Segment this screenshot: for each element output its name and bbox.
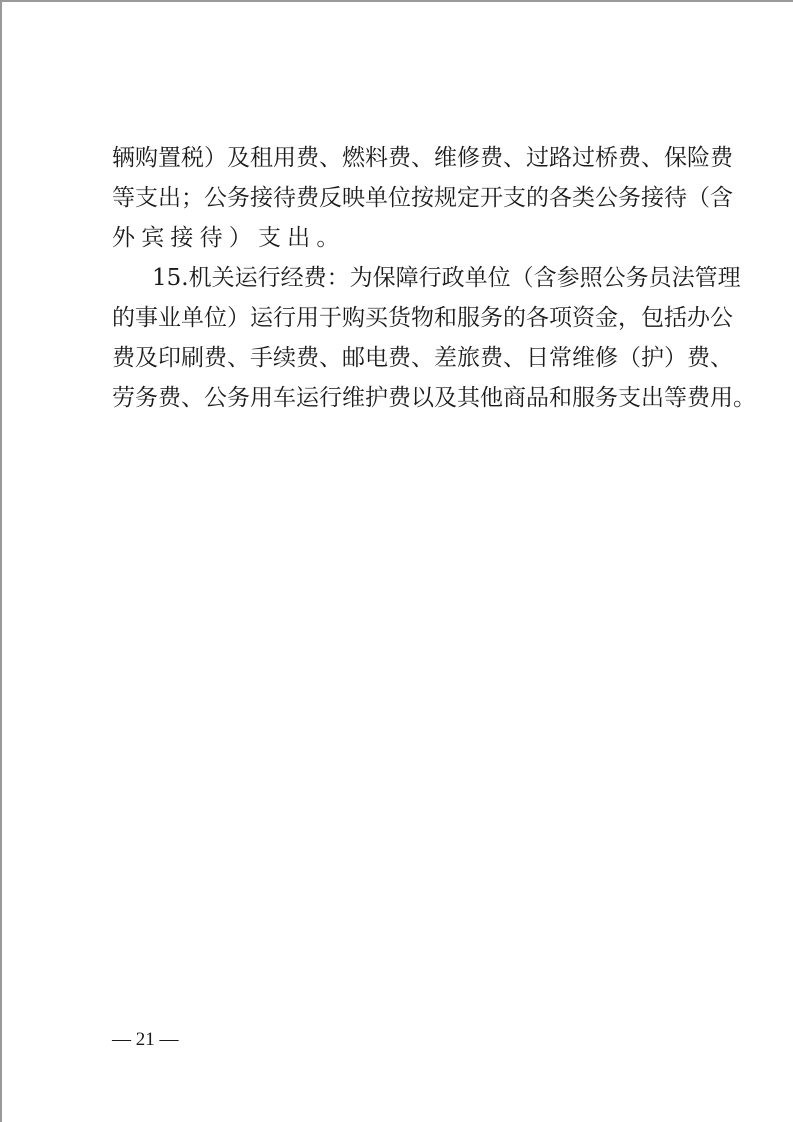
glyph: 行 bbox=[319, 378, 342, 418]
paragraph-heading-line: 15.机关运行经费：为保障行政单位（含参照公务员法管理 bbox=[112, 258, 695, 298]
document-body: 辆购置税）及租用费、燃料费、维修费、过路过桥费、保险费 等支出；公务接待费反映单… bbox=[112, 138, 695, 418]
glyph: 保 bbox=[664, 138, 687, 178]
glyph: 行 bbox=[273, 298, 296, 338]
glyph: 及 bbox=[135, 338, 158, 378]
glyph: 支 bbox=[503, 178, 526, 218]
glyph: 税 bbox=[181, 138, 204, 178]
glyph: 买 bbox=[365, 298, 388, 338]
glyph: （ bbox=[511, 258, 534, 298]
glyph: （ bbox=[618, 338, 641, 378]
glyph: 常 bbox=[549, 338, 572, 378]
glyph: 管 bbox=[695, 258, 718, 298]
glyph: 、 bbox=[411, 138, 434, 178]
glyph: 费 bbox=[687, 378, 710, 418]
text-line: 等支出；公务接待费反映单位按规定开支的各类公务接待（含 bbox=[112, 178, 695, 218]
glyph: 其 bbox=[457, 378, 480, 418]
glyph: 务 bbox=[626, 258, 649, 298]
glyph: 出 bbox=[287, 218, 310, 258]
glyph: 等 bbox=[112, 178, 135, 218]
glyph: 修 bbox=[595, 338, 618, 378]
glyph: 购 bbox=[342, 298, 365, 338]
glyph: ） bbox=[204, 138, 227, 178]
glyph: 务 bbox=[227, 178, 250, 218]
glyph: 括 bbox=[664, 298, 687, 338]
glyph: 参 bbox=[557, 258, 580, 298]
glyph: 费 bbox=[158, 378, 181, 418]
glyph: 、 bbox=[319, 338, 342, 378]
glyph: 品 bbox=[526, 378, 549, 418]
glyph: 、 bbox=[641, 138, 664, 178]
glyph: 费 bbox=[304, 258, 327, 298]
glyph: 物 bbox=[411, 298, 434, 338]
glyph: 辆 bbox=[112, 138, 135, 178]
glyph: 照 bbox=[580, 258, 603, 298]
glyph: 、 bbox=[319, 138, 342, 178]
glyph: 过 bbox=[572, 138, 595, 178]
glyph: 位 bbox=[488, 258, 511, 298]
glyph: 费 bbox=[204, 338, 227, 378]
glyph: 险 bbox=[687, 138, 710, 178]
text-line: 辆购置税）及租用费、燃料费、维修费、过路过桥费、保险费 bbox=[112, 138, 695, 178]
glyph: 费 bbox=[618, 138, 641, 178]
glyph: 办 bbox=[687, 298, 710, 338]
glyph: 用 bbox=[296, 298, 319, 338]
glyph: 经 bbox=[281, 258, 304, 298]
glyph: 员 bbox=[649, 258, 672, 298]
glyph: 费 bbox=[388, 138, 411, 178]
glyph: ： bbox=[327, 258, 350, 298]
glyph: 费 bbox=[296, 178, 319, 218]
glyph: ； bbox=[181, 178, 204, 218]
glyph: 费 bbox=[388, 378, 411, 418]
glyph: 待 bbox=[200, 218, 223, 258]
glyph: 公 bbox=[710, 298, 733, 338]
glyph: 电 bbox=[365, 338, 388, 378]
glyph: 宾 bbox=[141, 218, 164, 258]
glyph: 位 bbox=[388, 178, 411, 218]
glyph: 资 bbox=[572, 298, 595, 338]
glyph: 开 bbox=[480, 178, 503, 218]
glyph: 及 bbox=[227, 138, 250, 178]
glyph: 车 bbox=[273, 378, 296, 418]
glyph: 费 bbox=[687, 338, 710, 378]
glyph: 项 bbox=[549, 298, 572, 338]
glyph: 类 bbox=[572, 178, 595, 218]
glyph: 旅 bbox=[457, 338, 480, 378]
glyph: ， bbox=[618, 298, 641, 338]
glyph: 理 bbox=[718, 258, 741, 298]
glyph: 。 bbox=[316, 218, 339, 258]
glyph: 用 bbox=[273, 138, 296, 178]
glyph: 务 bbox=[595, 378, 618, 418]
glyph: 、 bbox=[227, 338, 250, 378]
glyph: 规 bbox=[434, 178, 457, 218]
glyph: 费 bbox=[480, 138, 503, 178]
glyph: 差 bbox=[434, 338, 457, 378]
glyph: 单 bbox=[465, 258, 488, 298]
glyph: 各 bbox=[526, 298, 549, 338]
glyph: 维 bbox=[434, 138, 457, 178]
glyph: 料 bbox=[365, 138, 388, 178]
glyph: 续 bbox=[273, 338, 296, 378]
glyph: 的 bbox=[112, 298, 135, 338]
glyph: 接 bbox=[641, 178, 664, 218]
glyph: 刷 bbox=[181, 338, 204, 378]
glyph: 公 bbox=[204, 178, 227, 218]
glyph: ） bbox=[664, 338, 687, 378]
glyph: 日 bbox=[526, 338, 549, 378]
glyph: 购 bbox=[135, 138, 158, 178]
glyph: 于 bbox=[319, 298, 342, 338]
glyph: 单 bbox=[181, 298, 204, 338]
glyph: 租 bbox=[250, 138, 273, 178]
glyph: 燃 bbox=[342, 138, 365, 178]
glyph: 公 bbox=[595, 178, 618, 218]
glyph: 、 bbox=[503, 138, 526, 178]
glyph: 和 bbox=[549, 378, 572, 418]
glyph: 待 bbox=[273, 178, 296, 218]
glyph: 、 bbox=[411, 338, 434, 378]
glyph: 他 bbox=[480, 378, 503, 418]
glyph: 务 bbox=[480, 298, 503, 338]
glyph: 行 bbox=[419, 258, 442, 298]
glyph: 运 bbox=[250, 298, 273, 338]
glyph: 、 bbox=[710, 338, 733, 378]
glyph: 用 bbox=[250, 378, 273, 418]
glyph: 务 bbox=[618, 178, 641, 218]
glyph: 外 bbox=[112, 218, 135, 258]
glyph: 修 bbox=[457, 138, 480, 178]
glyph: 单 bbox=[365, 178, 388, 218]
glyph: 支 bbox=[618, 378, 641, 418]
glyph: 15. bbox=[152, 258, 189, 298]
glyph: 维 bbox=[342, 378, 365, 418]
glyph: 出 bbox=[158, 178, 181, 218]
glyph: 、 bbox=[503, 338, 526, 378]
page-number: — 21 — bbox=[112, 1029, 179, 1051]
glyph: 服 bbox=[457, 298, 480, 338]
glyph: （ bbox=[687, 178, 710, 218]
glyph: 和 bbox=[434, 298, 457, 338]
glyph: 映 bbox=[342, 178, 365, 218]
glyph: 维 bbox=[572, 338, 595, 378]
glyph: 。 bbox=[733, 378, 756, 418]
glyph: 出 bbox=[641, 378, 664, 418]
glyph: 待 bbox=[664, 178, 687, 218]
glyph: 商 bbox=[503, 378, 526, 418]
text-line: 外宾接待）支出。 bbox=[112, 218, 695, 258]
glyph: 支 bbox=[135, 178, 158, 218]
glyph: 机 bbox=[189, 258, 212, 298]
glyph: 政 bbox=[442, 258, 465, 298]
glyph: 行 bbox=[258, 258, 281, 298]
glyph: 运 bbox=[235, 258, 258, 298]
glyph: 劳 bbox=[112, 378, 135, 418]
glyph: 费 bbox=[710, 138, 733, 178]
glyph: 以 bbox=[411, 378, 434, 418]
glyph: 、 bbox=[181, 378, 204, 418]
glyph: 费 bbox=[480, 338, 503, 378]
glyph: 为 bbox=[350, 258, 373, 298]
glyph: 等 bbox=[664, 378, 687, 418]
glyph: 货 bbox=[388, 298, 411, 338]
text-line: 的事业单位）运行用于购买货物和服务的各项资金，包括办公 bbox=[112, 298, 695, 338]
glyph: 运 bbox=[296, 378, 319, 418]
glyph: 包 bbox=[641, 298, 664, 338]
glyph: 用 bbox=[710, 378, 733, 418]
glyph: 金 bbox=[595, 298, 618, 338]
glyph: 费 bbox=[388, 338, 411, 378]
glyph: 保 bbox=[373, 258, 396, 298]
glyph: 费 bbox=[296, 138, 319, 178]
glyph: 及 bbox=[434, 378, 457, 418]
glyph: 印 bbox=[158, 338, 181, 378]
glyph: 法 bbox=[672, 258, 695, 298]
glyph: ） bbox=[229, 218, 252, 258]
glyph: 接 bbox=[250, 178, 273, 218]
glyph: 公 bbox=[603, 258, 626, 298]
glyph: 服 bbox=[572, 378, 595, 418]
glyph: 手 bbox=[250, 338, 273, 378]
glyph: 桥 bbox=[595, 138, 618, 178]
glyph: 的 bbox=[503, 298, 526, 338]
glyph: 置 bbox=[158, 138, 181, 178]
glyph: 接 bbox=[170, 218, 193, 258]
glyph: 务 bbox=[227, 378, 250, 418]
glyph: 支 bbox=[258, 218, 281, 258]
glyph: 护 bbox=[641, 338, 664, 378]
glyph: 费 bbox=[112, 338, 135, 378]
glyph: 各 bbox=[549, 178, 572, 218]
glyph: 含 bbox=[710, 178, 733, 218]
glyph: 反 bbox=[319, 178, 342, 218]
glyph: 位 bbox=[204, 298, 227, 338]
glyph: 定 bbox=[457, 178, 480, 218]
glyph: 业 bbox=[158, 298, 181, 338]
glyph: 务 bbox=[135, 378, 158, 418]
text-line: 劳务费、公务用车运行维护费以及其他商品和服务支出等费用。 bbox=[112, 378, 695, 418]
glyph: 含 bbox=[534, 258, 557, 298]
glyph: 障 bbox=[396, 258, 419, 298]
glyph: 路 bbox=[549, 138, 572, 178]
glyph: 事 bbox=[135, 298, 158, 338]
glyph: 过 bbox=[526, 138, 549, 178]
glyph: 关 bbox=[212, 258, 235, 298]
glyph: 邮 bbox=[342, 338, 365, 378]
glyph: 费 bbox=[296, 338, 319, 378]
glyph: ） bbox=[227, 298, 250, 338]
glyph: 护 bbox=[365, 378, 388, 418]
document-page: 辆购置税）及租用费、燃料费、维修费、过路过桥费、保险费 等支出；公务接待费反映单… bbox=[0, 0, 793, 1122]
glyph: 按 bbox=[411, 178, 434, 218]
glyph: 公 bbox=[204, 378, 227, 418]
text-line: 费及印刷费、手续费、邮电费、差旅费、日常维修（护）费、 bbox=[112, 338, 695, 378]
glyph: 的 bbox=[526, 178, 549, 218]
